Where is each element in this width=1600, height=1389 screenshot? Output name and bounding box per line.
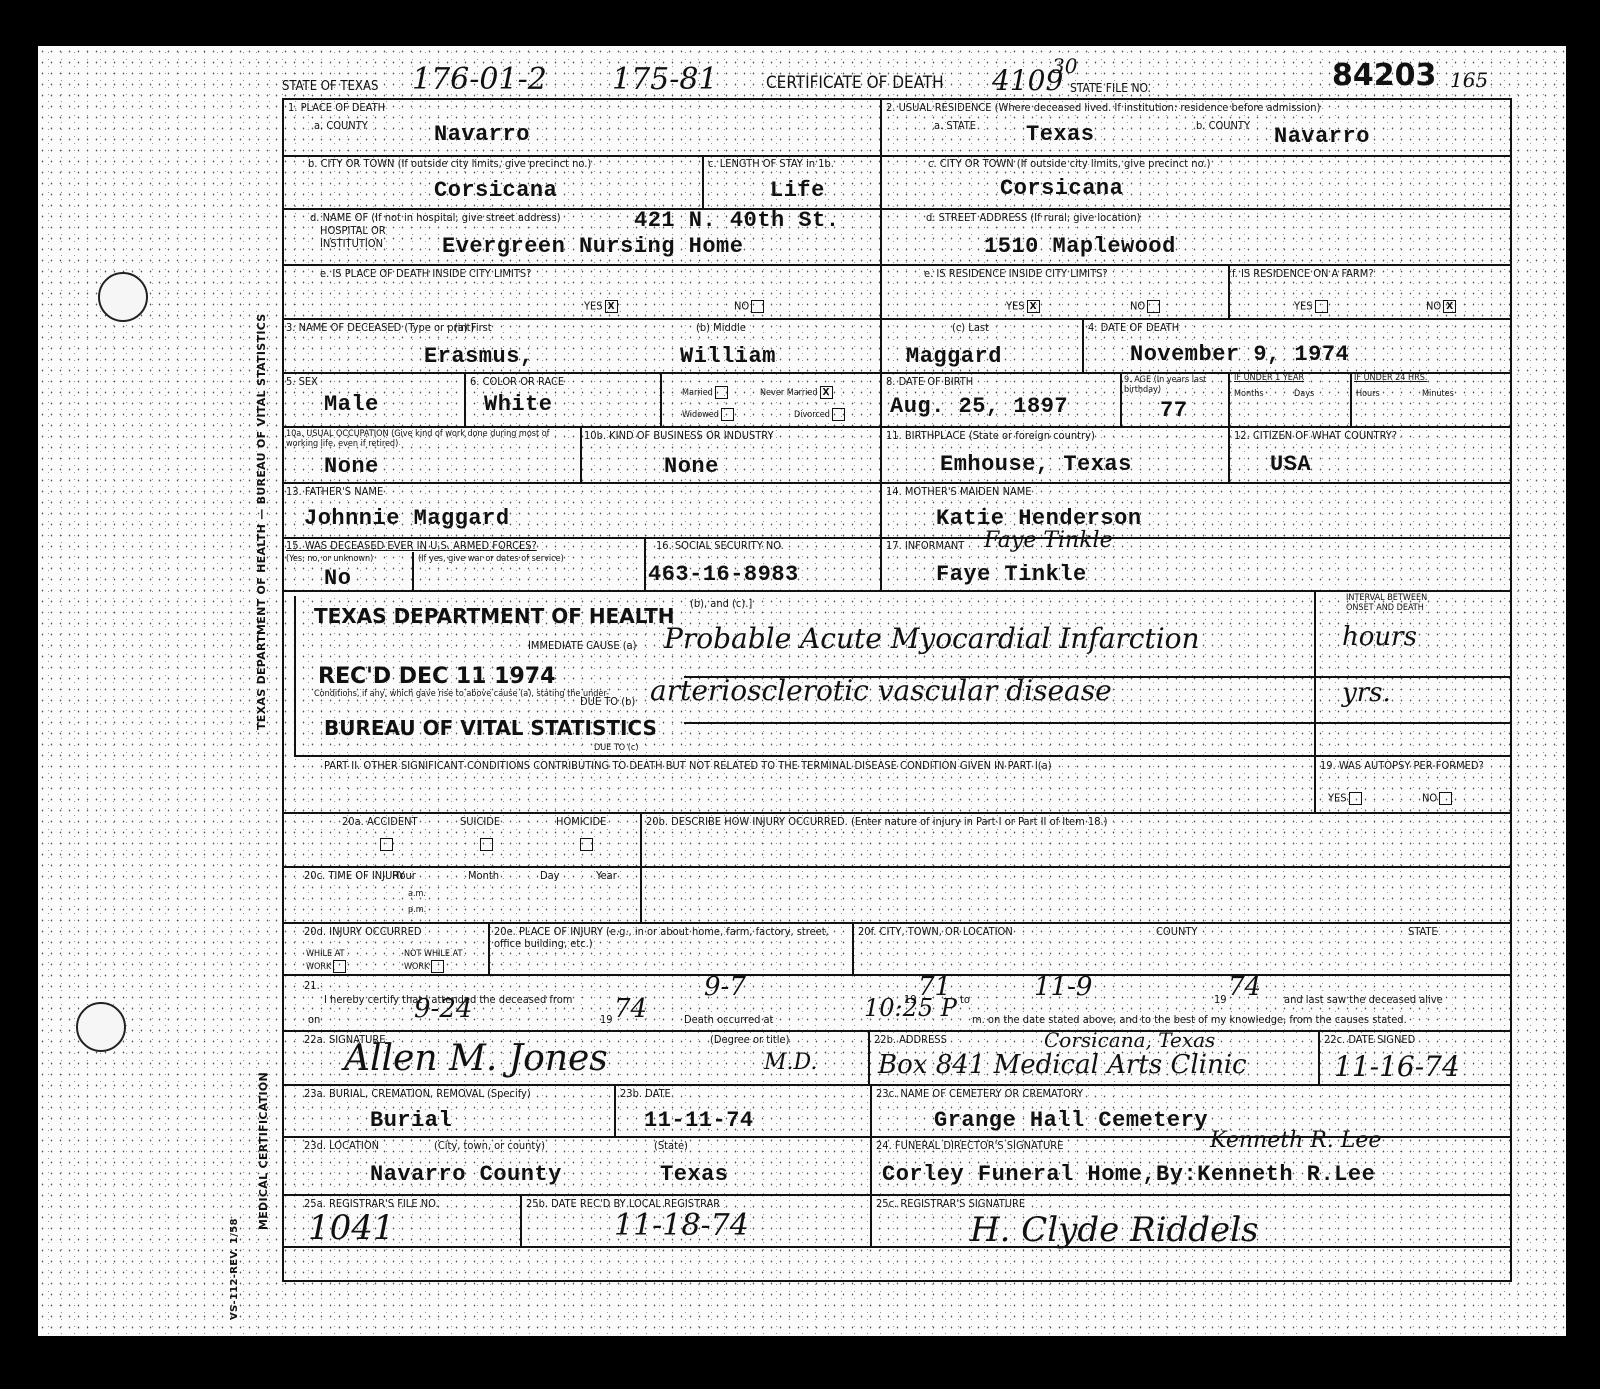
checkbox-icon[interactable]	[751, 300, 764, 313]
disposition-date-label: 23b. DATE	[620, 1088, 671, 1100]
margin-note: 165	[1450, 68, 1488, 92]
residence-inside-city-yes[interactable]: YESX	[1006, 300, 1040, 313]
medical-certification-side-label: MEDICAL CERTIFICATION	[257, 1072, 270, 1230]
informant-value: Faye Tinkle	[936, 562, 1087, 587]
interval-b-value: yrs.	[1342, 678, 1391, 708]
state-file-number: 84203	[1332, 58, 1436, 93]
attended-to-year: 74	[1228, 972, 1261, 1002]
describe-injury-label: 20b. DESCRIBE HOW INJURY OCCURRED. (Ente…	[646, 816, 1108, 828]
residence-city-value: Corsicana	[1000, 176, 1123, 201]
death-inside-city-yes[interactable]: YESX	[584, 300, 618, 313]
deceased-name-label: 3. NAME OF DECEASED (Type or print)	[286, 322, 474, 334]
location-label: 23d. LOCATION	[304, 1140, 379, 1152]
attended-from-date: 9-7	[704, 972, 746, 1002]
date-of-death-value: November 9, 1974	[1130, 342, 1349, 367]
farm-label: f. IS RESIDENCE ON A FARM?	[1232, 268, 1374, 280]
dob-label: 8. DATE OF BIRTH	[886, 376, 973, 388]
attended-to-date: 11-9	[1034, 972, 1092, 1002]
autopsy-no[interactable]: NO	[1422, 792, 1452, 805]
funeral-director-label: 24. FUNERAL DIRECTOR'S SIGNATURE	[876, 1140, 1063, 1152]
minutes-label: Minutes	[1422, 390, 1454, 400]
county-label: a. COUNTY	[314, 120, 368, 132]
registrar-signature: H. Clyde Riddels	[970, 1210, 1259, 1250]
state-label: STATE OF TEXAS	[282, 80, 378, 94]
not-while-at-work-option[interactable]: NOT WHILE AT WORK	[404, 950, 474, 973]
death-city-label: b. CITY OR TOWN (If outside city limits,…	[308, 158, 591, 170]
received-stamp-agency: TEXAS DEPARTMENT OF HEALTH	[314, 604, 675, 628]
middle-name-value: William	[680, 344, 776, 369]
armed-forces-label: 15. WAS DECEASED EVER IN U.S. ARMED FORC…	[286, 540, 537, 552]
hours-label: Hours	[1356, 390, 1380, 400]
informant-signature: Faye Tinkle	[984, 528, 1113, 553]
armed-forces-value: No	[324, 566, 351, 591]
address-line-1: Corsicana, Texas	[1044, 1028, 1215, 1052]
citizen-value: USA	[1270, 452, 1311, 477]
months-label: Months	[1234, 390, 1264, 400]
month-label: Month	[468, 870, 499, 882]
degree-label: (Degree or title)	[710, 1034, 789, 1046]
institution-label: d. NAME OF (If not in hospital, give str…	[310, 212, 561, 224]
father-name-value: Johnnie Maggard	[304, 506, 510, 531]
death-city-value: Corsicana	[434, 178, 557, 203]
residence-state-value: Texas	[1026, 122, 1095, 147]
funeral-director-value: Corley Funeral Home,By:Kenneth R.Lee	[882, 1162, 1375, 1187]
certification-text: m. on the date stated above, and to the …	[972, 1014, 1407, 1026]
length-of-stay-value: Life	[770, 178, 825, 203]
checkbox-icon[interactable]	[1147, 300, 1160, 313]
accident-label: 20a. ACCIDENT	[342, 816, 418, 828]
institution-label: HOSPITAL OR	[320, 225, 386, 237]
length-of-stay-label: c. LENGTH OF STAY in 1b.	[708, 158, 834, 170]
autopsy-yes[interactable]: YES	[1328, 792, 1362, 805]
address-line-2: Box 841 Medical Arts Clinic	[878, 1050, 1247, 1080]
interval-label: INTERVAL BETWEEN ONSET AND DEATH	[1346, 594, 1446, 614]
checkbox-icon[interactable]	[333, 960, 346, 973]
armed-forces-service-label: (If yes, give war or dates of service)	[418, 555, 564, 565]
residence-city-label: c. CITY OR TOWN (If outside city limits,…	[928, 158, 1210, 170]
checkbox-icon[interactable]	[1349, 792, 1362, 805]
informant-label: 17. INFORMANT	[886, 540, 964, 552]
residence-county-value: Navarro	[1274, 124, 1370, 149]
immediate-cause-label: IMMEDIATE CAUSE (a)	[528, 640, 637, 652]
injury-county-label: COUNTY	[1156, 926, 1197, 938]
race-label: 6. COLOR OR RACE	[470, 376, 564, 388]
certificate-header: STATE OF TEXAS 176-01-2 175-81 CERTIFICA…	[282, 60, 1508, 98]
location-state-value: Texas	[660, 1162, 729, 1187]
funeral-director-signature: Kenneth R. Lee	[1210, 1128, 1381, 1153]
never-married-option[interactable]: Never MarriedX	[760, 386, 833, 399]
registrar-file-value: 1041	[308, 1208, 395, 1248]
hour-label: Hour	[392, 870, 416, 882]
date-of-death-label: 4. DATE OF DEATH	[1088, 322, 1179, 334]
divorced-option[interactable]: Divorced	[794, 408, 845, 421]
checkbox-icon[interactable]	[832, 408, 845, 421]
certification-text: and last saw the deceased alive	[1284, 994, 1443, 1006]
degree-value: M.D.	[764, 1050, 817, 1075]
cemetery-label: 23c. NAME OF CEMETERY OR CREMATORY	[876, 1088, 1083, 1100]
married-option[interactable]: Married	[682, 386, 728, 399]
farm-yes[interactable]: YES	[1294, 300, 1328, 313]
year-prefix: 19	[1214, 994, 1227, 1006]
under-24-hrs-label: IF UNDER 24 HRS.	[1354, 374, 1427, 384]
checkbox-icon[interactable]: X	[820, 386, 833, 399]
place-of-death-label: 1. PLACE OF DEATH	[288, 102, 385, 114]
sex-value: Male	[324, 392, 379, 417]
immediate-cause-value: Probable Acute Myocardial Infarction	[664, 622, 1200, 655]
date-signed-label: 22c. DATE SIGNED	[1324, 1034, 1415, 1046]
age-value: 77	[1160, 398, 1187, 423]
first-name-value: Erasmus,	[424, 344, 534, 369]
while-at-work-option[interactable]: WHILE AT WORK	[306, 950, 356, 973]
mother-name-label: 14. MOTHER'S MAIDEN NAME	[886, 486, 1032, 498]
dob-value: Aug. 25, 1897	[890, 394, 1068, 419]
last-seen-year: 74	[614, 994, 647, 1024]
day-label: Day	[540, 870, 560, 882]
widowed-option[interactable]: Widowed	[682, 408, 734, 421]
address-label: 22b. ADDRESS	[874, 1034, 947, 1046]
middle-name-label: (b) Middle	[696, 322, 746, 334]
death-inside-city-no[interactable]: NO	[734, 300, 764, 313]
death-occurred-label: Death occurred at	[684, 1014, 773, 1026]
inside-city-limits-label: e. IS PLACE OF DEATH INSIDE CITY LIMITS?	[320, 268, 531, 280]
disposition-value: Burial	[370, 1108, 452, 1133]
side-margin-text: TEXAS DEPARTMENT OF HEALTH — BUREAU OF V…	[255, 270, 277, 1320]
farm-no[interactable]: NOX	[1426, 300, 1456, 313]
registrar-signature-label: 25c. REGISTRAR'S SIGNATURE	[876, 1198, 1025, 1210]
checkbox-icon[interactable]	[1315, 300, 1328, 313]
state-file-label: STATE FILE NO.	[1070, 82, 1151, 95]
cemetery-value: Grange Hall Cemetery	[934, 1108, 1208, 1133]
injury-location-label: 20f. CITY, TOWN, OR LOCATION	[858, 926, 1013, 938]
date-signed-value: 11-16-74	[1334, 1050, 1460, 1083]
race-value: White	[484, 392, 553, 417]
ssn-value: 463-16-8983	[648, 562, 799, 587]
place-of-injury-label: 20e. PLACE OF INJURY (e.g., in or about …	[494, 926, 848, 950]
conditions-label: Conditions, if any, which gave rise to a…	[314, 690, 609, 700]
received-stamp-bureau: BUREAU OF VITAL STATISTICS	[324, 716, 657, 740]
injury-state-label: STATE	[1408, 926, 1438, 938]
on-label: on	[308, 1014, 320, 1026]
armed-forces-sublabel: (Yes, no, or unknown)	[286, 555, 373, 565]
occupation-label: 10a. USUAL OCCUPATION (Give kind of work…	[286, 430, 576, 450]
birthplace-label: 11. BIRTHPLACE (State or foreign country…	[886, 430, 1095, 442]
street-address-value: 1510 Maplewood	[984, 234, 1176, 259]
location-city-sublabel: (City, town, or county)	[434, 1140, 545, 1152]
interval-a-value: hours	[1342, 622, 1417, 652]
citizen-label: 12. CITIZEN OF WHAT COUNTRY?	[1234, 430, 1397, 442]
last-name-label: (c) Last	[952, 322, 989, 334]
punch-hole	[98, 272, 148, 322]
institution-address-value: 421 N. 40th St.	[634, 208, 840, 233]
due-to-b-value: arteriosclerotic vascular disease	[650, 674, 1112, 707]
part-2-label: PART II. OTHER SIGNIFICANT CONDITIONS CO…	[324, 760, 1052, 772]
checkbox-icon[interactable]	[431, 960, 444, 973]
disposition-date-value: 11-11-74	[644, 1108, 754, 1133]
injury-occurred-label: 20d. INJURY OCCURRED	[304, 926, 421, 938]
autopsy-label: 19. WAS AUTOPSY PER-FORMED?	[1320, 760, 1506, 772]
checkbox-icon[interactable]: X	[1027, 300, 1040, 313]
occupation-value: None	[324, 454, 379, 479]
father-name-label: 13. FATHER'S NAME	[286, 486, 383, 498]
checkbox-icon[interactable]	[715, 386, 728, 399]
location-state-sublabel: (State)	[654, 1140, 688, 1152]
last-seen-date: 9-24	[414, 994, 472, 1024]
residence-label: 2. USUAL RESIDENCE (Where deceased lived…	[886, 102, 1320, 114]
certificate-title: CERTIFICATE OF DEATH	[766, 74, 944, 93]
to-label: to	[960, 994, 970, 1006]
first-name-label: (a) First	[454, 322, 492, 334]
am-label: a.m.	[408, 890, 426, 900]
accident-checkbox[interactable]	[380, 838, 393, 851]
checkbox-icon[interactable]: X	[605, 300, 618, 313]
form-number-label: VS-112-REV. 1/58	[229, 1218, 240, 1320]
due-to-b-label: DUE TO (b)	[580, 696, 635, 708]
industry-value: None	[664, 454, 719, 479]
pm-label: p.m.	[408, 906, 426, 916]
handwritten-code: 176-01-2	[412, 62, 547, 97]
residence-state-label: a. STATE	[934, 120, 976, 132]
received-stamp-date: REC'D DEC 11 1974	[318, 664, 555, 689]
physician-signature: Allen M. Jones	[344, 1038, 608, 1079]
residence-inside-city-label: e. IS RESIDENCE INSIDE CITY LIMITS?	[924, 268, 1108, 280]
institution-name-value: Evergreen Nursing Home	[442, 234, 743, 259]
homicide-label: HOMICIDE	[556, 816, 606, 828]
homicide-checkbox[interactable]	[580, 838, 593, 851]
part-1-label: (b), and (c).]	[690, 598, 752, 610]
birthplace-value: Emhouse, Texas	[940, 452, 1132, 477]
suicide-checkbox[interactable]	[480, 838, 493, 851]
age-label: 9. AGE (In years last birthday)	[1124, 376, 1224, 396]
handwritten-code: 175-81	[612, 62, 718, 97]
handwritten-code: 30	[1052, 54, 1077, 78]
days-label: Days	[1294, 390, 1314, 400]
disposition-label: 23a. BURIAL, CREMATION, REMOVAL (Specify…	[304, 1088, 531, 1100]
registrar-date-value: 11-18-74	[614, 1208, 749, 1243]
last-name-value: Maggard	[906, 344, 1002, 369]
location-city-value: Navarro County	[370, 1162, 562, 1187]
death-county-value: Navarro	[434, 122, 530, 147]
death-time: 10:25 P	[864, 994, 957, 1022]
suicide-label: SUICIDE	[460, 816, 500, 828]
year-label: Year	[596, 870, 617, 882]
residence-inside-city-no[interactable]: NO	[1130, 300, 1160, 313]
certificate-form: 1. PLACE OF DEATH a. COUNTY Navarro b. C…	[282, 98, 1512, 1282]
punch-hole	[76, 1002, 126, 1052]
sex-label: 5. SEX	[286, 376, 318, 388]
due-to-c-label: DUE TO (c)	[594, 744, 639, 754]
checkbox-icon[interactable]	[1439, 792, 1452, 805]
agency-side-label: TEXAS DEPARTMENT OF HEALTH — BUREAU OF V…	[255, 313, 268, 730]
residence-county-label: b. COUNTY	[1196, 120, 1250, 132]
certification-number: 21.	[304, 980, 320, 992]
time-of-injury-label: 20c. TIME OF INJURY	[304, 870, 405, 882]
institution-label: INSTITUTION	[320, 238, 383, 250]
under-1-year-label: IF UNDER 1 YEAR	[1234, 374, 1304, 384]
street-address-label: d. STREET ADDRESS (If rural, give locati…	[926, 212, 1140, 224]
checkbox-icon[interactable]	[721, 408, 734, 421]
year-prefix: 19	[600, 1014, 613, 1026]
industry-label: 10b. KIND OF BUSINESS OR INDUSTRY	[584, 430, 773, 442]
checkbox-icon[interactable]: X	[1443, 300, 1456, 313]
ssn-label: 16. SOCIAL SECURITY NO.	[656, 540, 784, 552]
